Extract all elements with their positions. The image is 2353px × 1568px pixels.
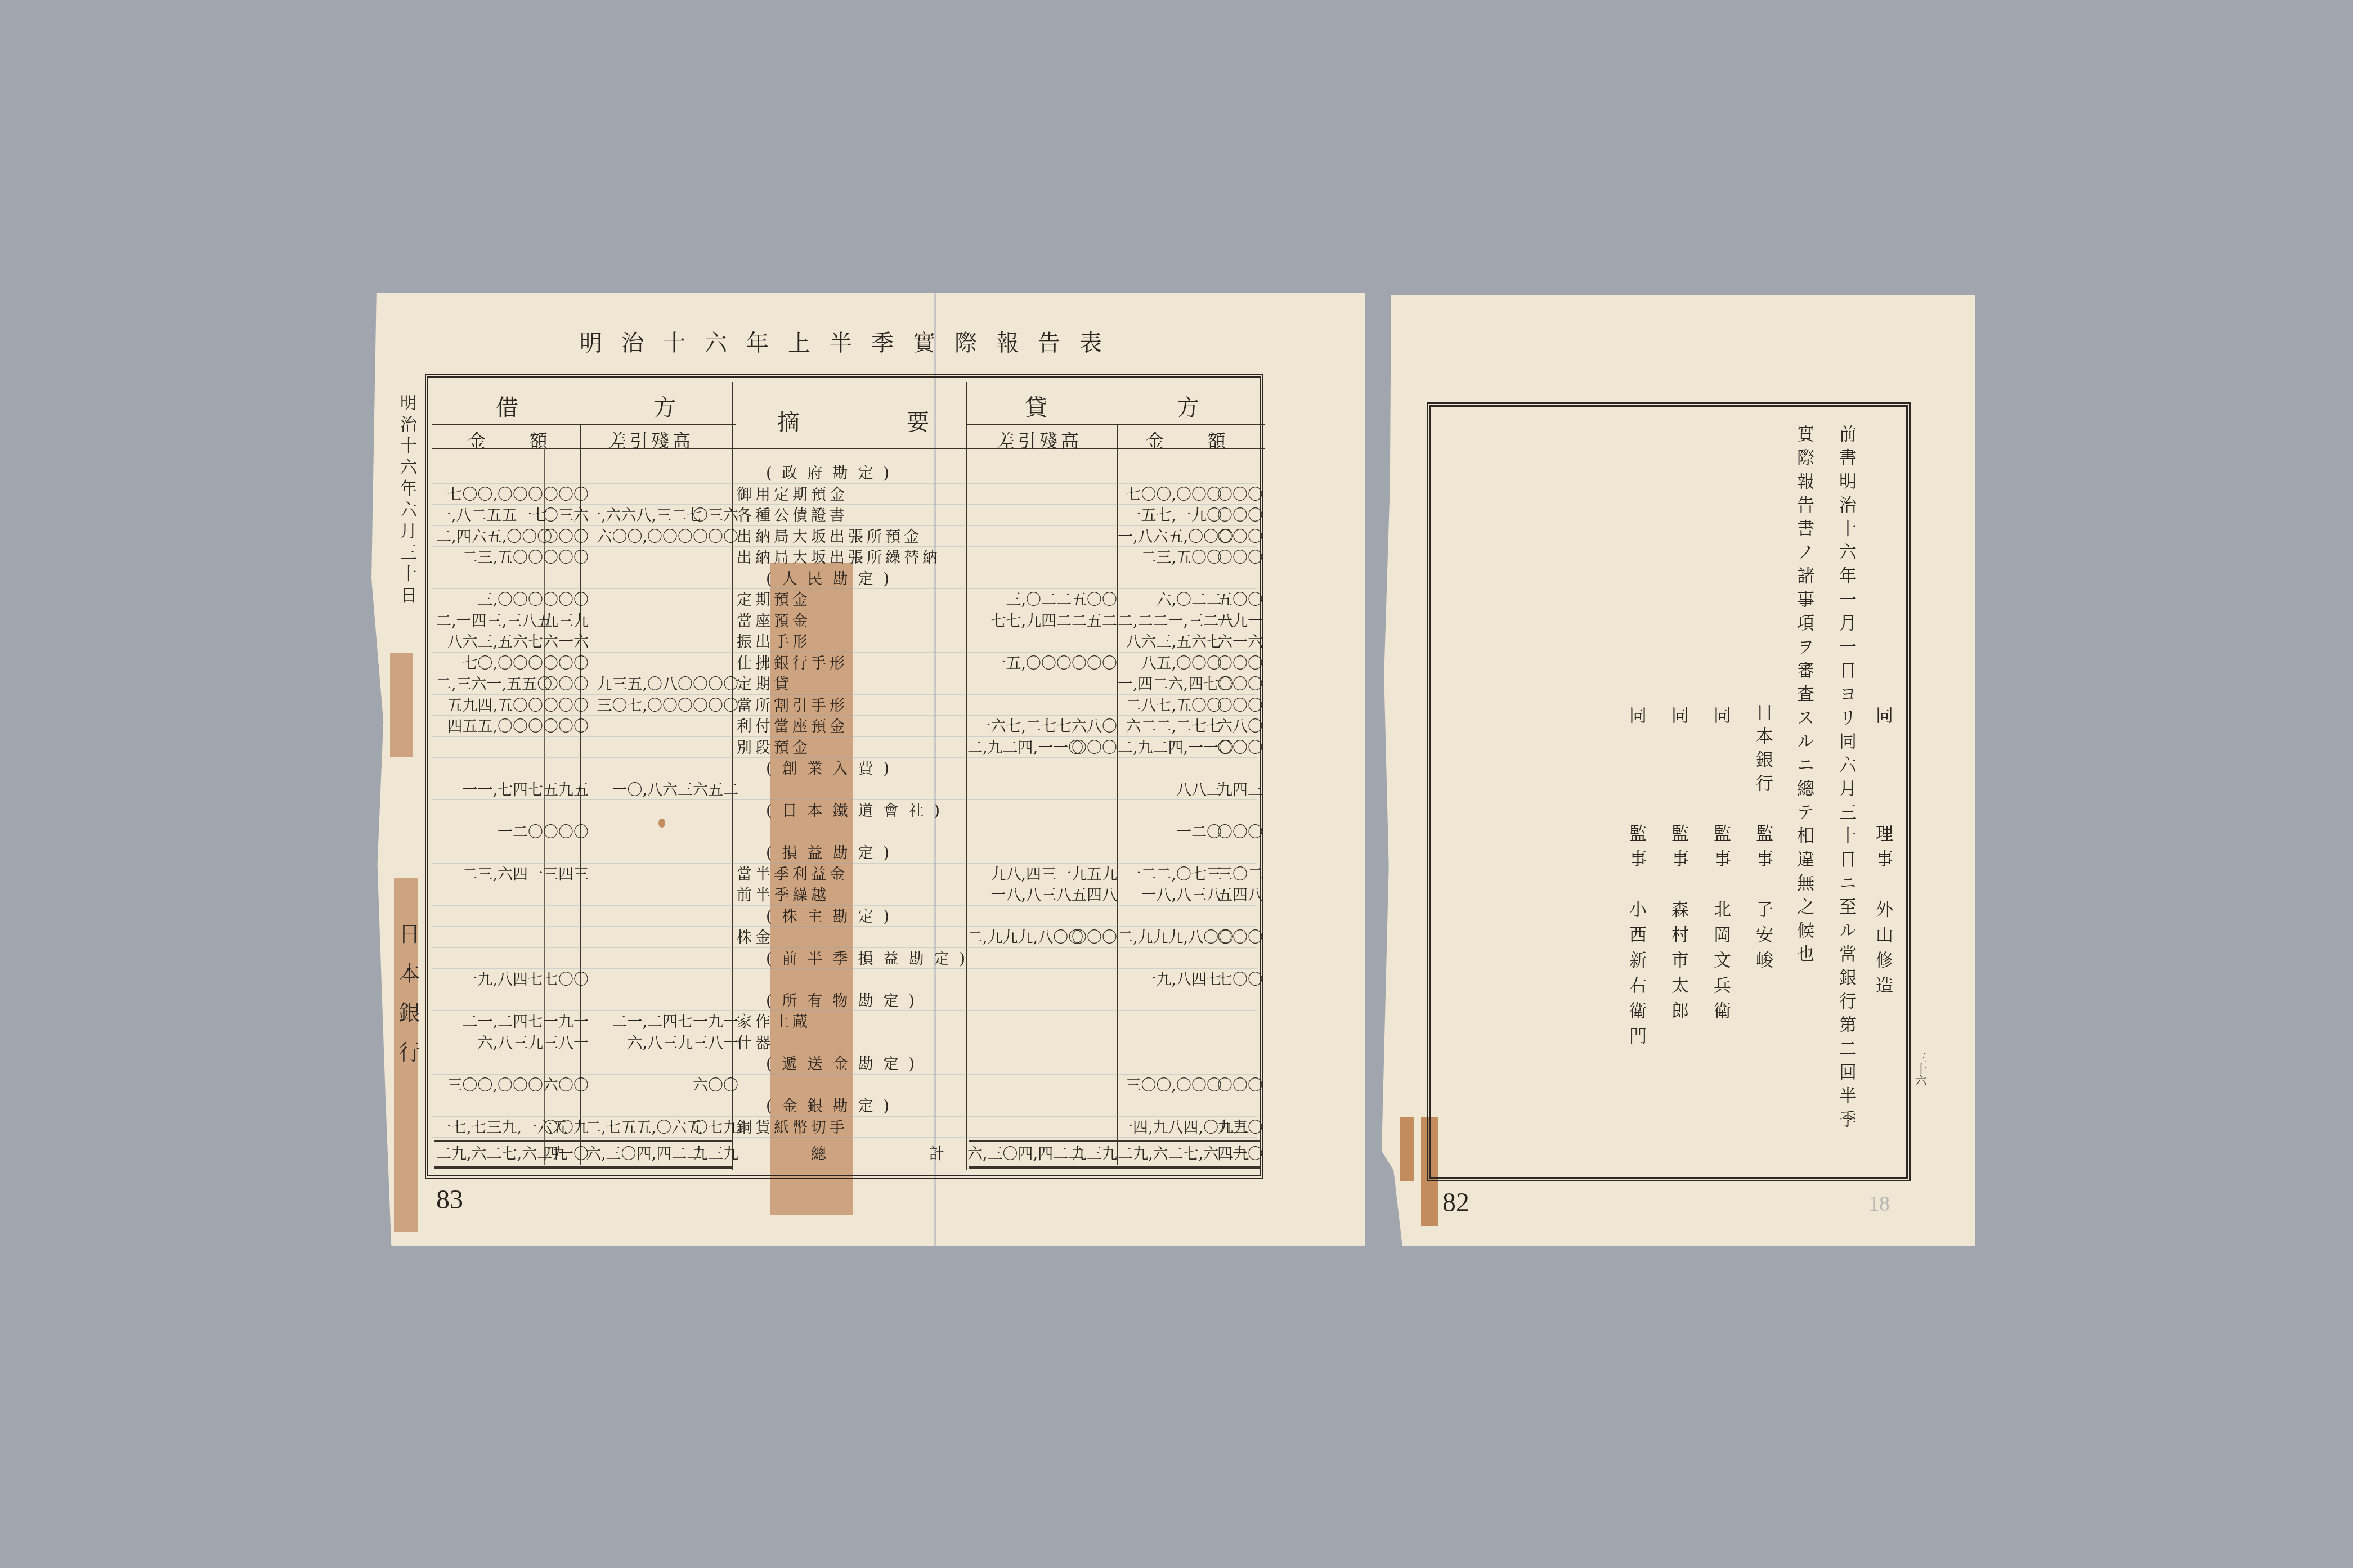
total-credit-amount: 二九,六二七,六二九 [1118,1144,1222,1165]
debit-balance-sen-cell [693,484,730,505]
signatory-role: 監事 [1709,824,1732,875]
credit-amount-sen-cell: 〇〇〇 [1217,695,1257,716]
credit-header-a: 貸 [1025,390,1047,422]
credit-amount-cell: 一,八六五,〇〇〇 [1118,527,1222,547]
credit-balance-sen-cell [1072,527,1114,547]
credit-balance-cell: 一八,八三八 [967,885,1072,906]
credit-amount-sen-cell: 五四八 [1217,885,1257,906]
debit-amount-sen-cell: 〇〇〇 [543,653,578,674]
credit-balance-cell: 九八,四三一 [967,864,1072,885]
credit-balance-header: 差引殘高 [997,427,1082,453]
debit-balance-sen-cell: 〇〇〇 [693,695,730,716]
account-item-label: 御用定期預金 [737,484,848,505]
debit-amount-header-b: 額 [530,427,551,453]
debit-amount-header-a: 金 [468,427,489,453]
credit-amount-cell [1118,1012,1222,1032]
debit-amount-cell: 三,〇〇〇 [436,590,543,610]
credit-amount-cell: 八八三 [1118,780,1222,801]
debit-amount-sen-cell: 七〇〇 [543,969,578,990]
credit-balance-sen-cell: 〇〇〇 [1072,653,1114,674]
debit-amount-cell: 三〇〇,〇〇〇 [436,1075,543,1096]
debit-amount-sen-cell: 〇〇〇 [543,716,578,737]
credit-amount-cell: 一二二,〇七三 [1118,864,1222,885]
debit-amount-sen-cell: 〇〇九 [543,1117,578,1138]
debit-balance-sen-cell [693,653,730,674]
account-section-label: (金銀勘定) [766,1096,899,1117]
account-item-label: 當半季利益金 [737,864,848,885]
signatory-role: 監事 [1625,824,1647,875]
account-item-label: 當座預金 [737,611,811,632]
credit-amount-sen-cell: 〇〇〇 [1217,738,1257,758]
margin-bank-name: 日本銀行 [392,923,423,1080]
credit-balance-cell [967,780,1072,801]
account-item-label: 家作土蔵 [737,1012,811,1032]
debit-balance-cell [586,927,693,948]
credit-amount-cell: 七〇〇,〇〇〇 [1118,484,1222,505]
debit-amount-sen-cell: 〇〇〇 [543,590,578,610]
credit-amount-cell: 八五,〇〇〇 [1118,653,1222,674]
credit-balance-cell [967,1033,1072,1054]
debit-balance-sen-cell: 六〇〇 [693,1075,730,1096]
debit-amount-sen-cell: 三八一 [543,1033,578,1054]
pencil-folio-mark: 18 [1868,1192,1890,1216]
debit-amount-sen-cell: 五九五 [543,780,578,801]
debit-amount-cell: 二三,五〇〇 [436,547,543,568]
debit-balance-sen-cell: 〇〇〇 [693,674,730,695]
debit-balance-cell: 二一,二四七 [586,1012,693,1032]
credit-balance-sen-cell [1072,969,1114,990]
credit-balance-cell [967,632,1072,653]
credit-balance-cell [967,505,1072,526]
credit-amount-cell: 一八,八三八 [1118,885,1222,906]
signatory-org: 同 [1709,706,1732,730]
debit-balance-sen-cell [693,738,730,758]
credit-amount-sen-cell: 六八〇 [1217,716,1257,737]
ledger-table: 借 方 摘 要 貸 方 金 額 差引殘高 差引殘高 金 額 (政府勘定)御用定期… [425,374,1263,1179]
debit-balance-cell [586,653,693,674]
debit-amount-cell: 二,三六一,五五〇 [436,674,543,695]
debit-amount-sen-cell: 九三九 [543,611,578,632]
credit-amount-header-a: 金 [1146,427,1167,453]
debit-amount-sen-cell: 〇〇〇 [543,547,578,568]
debit-amount-cell: 一一,七四七 [436,780,543,801]
folio-number: 三十六 [1912,1052,1929,1086]
debit-balance-cell: 九三五,〇八〇 [586,674,693,695]
account-item-label: 仕拂銀行手形 [737,653,848,674]
credit-balance-sen-cell [1072,822,1114,843]
credit-amount-sen-cell [1217,1033,1257,1054]
account-item-label: 株金 [737,927,774,948]
total-credit-amount-sen: 四一〇 [1217,1144,1257,1165]
credit-amount-sen-cell: 九四三 [1217,780,1257,801]
debit-amount-cell: 六,八三九 [436,1033,543,1054]
credit-amount-cell: 一五七,一九〇 [1118,505,1222,526]
credit-balance-sen-cell [1072,547,1114,568]
debit-amount-sen-cell: 六〇〇 [543,1075,578,1096]
certificate-line-1: 前書明治十六年一月一日ヨリ同六月三十日ニ至ル當銀行第二回半季 [1835,425,1857,1134]
credit-amount-sen-cell: 〇〇〇 [1217,484,1257,505]
debit-amount-cell: 二一,二四七 [436,1012,543,1032]
right-page-number: 82 [1442,1187,1469,1218]
account-section-label: (日本鐵道會社) [766,801,950,821]
debit-balance-sen-cell [693,822,730,843]
total-credit-balance-sen: 九三九 [1072,1144,1114,1165]
debit-balance-sen-cell [693,632,730,653]
credit-balance-sen-cell [1072,1012,1114,1032]
total-label: 總 [811,1144,830,1165]
account-item-label: 定期貸 [737,674,792,695]
account-item-label: 利付當座預金 [737,716,848,737]
account-section-label: (創業入費) [766,758,899,779]
account-item-label: 出納局大坂出張所繰替納 [737,547,941,568]
debit-amount-cell: 四五五,〇〇〇 [436,716,543,737]
credit-amount-sen-cell: 三〇二 [1217,864,1257,885]
account-item-label: 別段預金 [737,738,811,758]
debit-balance-cell: 一〇,八六三 [586,780,693,801]
credit-balance-cell: 二,九九九,八〇〇 [967,927,1072,948]
account-section-label: (前半季損益勘定) [766,949,975,969]
account-item-label: 出納局大坂出張所預金 [737,527,922,547]
credit-balance-sen-cell [1072,632,1114,653]
credit-balance-cell: 七七,九四二 [967,611,1072,632]
debit-amount-cell: 七〇〇,〇〇〇 [436,484,543,505]
debit-amount-sen-cell: 〇〇〇 [543,527,578,547]
debit-balance-cell [586,547,693,568]
debit-balance-sen-cell [693,547,730,568]
debit-balance-cell [586,611,693,632]
credit-amount-cell: 六,〇二二 [1118,590,1222,610]
credit-amount-sen-cell: 五〇〇 [1217,590,1257,610]
credit-balance-sen-cell [1072,695,1114,716]
debit-amount-sen-cell: 〇〇〇 [543,822,578,843]
credit-amount-sen-cell: 〇〇〇 [1217,674,1257,695]
credit-balance-cell [967,547,1072,568]
credit-balance-cell [967,822,1072,843]
credit-balance-cell [967,674,1072,695]
credit-amount-cell [1118,1033,1222,1054]
credit-balance-sen-cell [1072,505,1114,526]
credit-amount-cell: 一二〇 [1118,822,1222,843]
debit-balance-cell [586,484,693,505]
debit-balance-cell [586,1075,693,1096]
debit-amount-cell: 二三,六四一 [436,864,543,885]
account-section-label: (政府勘定) [766,463,899,484]
total-debit-amount: 二九,六二七,六二九 [436,1144,543,1165]
credit-balance-sen-cell: 〇〇〇 [1072,738,1114,758]
credit-balance-cell: 一五,〇〇〇 [967,653,1072,674]
account-item-label: 定期預金 [737,590,811,610]
debit-balance-cell [586,716,693,737]
debit-balance-sen-cell [693,864,730,885]
account-section-label: (人民勘定) [766,569,899,590]
account-section-label: (遞送金勘定) [766,1054,925,1075]
debit-balance-cell: 三〇七,〇〇〇 [586,695,693,716]
credit-balance-sen-cell [1072,1075,1114,1096]
debit-balance-sen-cell [693,927,730,948]
credit-amount-cell: 一四,九八四,〇九九 [1118,1117,1222,1138]
credit-balance-sen-cell: 六八〇 [1072,716,1114,737]
credit-amount-sen-cell: 〇〇〇 [1217,527,1257,547]
credit-balance-sen-cell: 五四八 [1072,885,1114,906]
margin-date: 明治十六年六月三十日 [394,394,419,608]
credit-balance-cell [967,1012,1072,1032]
signatory-name: 外山修造 [1871,900,1894,1001]
credit-amount-sen-cell: 九三〇 [1217,1117,1257,1138]
account-item-label: 各種公債證書 [737,505,848,526]
credit-amount-sen-cell: 〇〇〇 [1217,653,1257,674]
credit-balance-sen-cell: 〇〇〇 [1072,927,1114,948]
credit-amount-sen-cell: 六一六 [1217,632,1257,653]
debit-balance-cell [586,864,693,885]
tape-stain-margin-top [390,653,413,757]
left-page-number: 83 [436,1184,463,1215]
debit-balance-sen-cell: 〇〇〇 [693,527,730,547]
debit-balance-cell [586,738,693,758]
total-debit-amount-sen: 四一〇 [543,1144,578,1165]
signatory-name: 森村市太郎 [1667,900,1689,1027]
total-debit-balance: 六,三〇四,四二二 [586,1144,693,1165]
credit-amount-cell: 二八七,五〇〇 [1118,695,1222,716]
debit-balance-sen-cell [693,590,730,610]
debit-header-b: 方 [653,390,676,422]
credit-amount-sen-cell: 〇〇〇 [1217,822,1257,843]
signatory-role: 監事 [1667,824,1689,875]
debit-balance-sen-cell [693,611,730,632]
credit-amount-cell: 六二二,二七七 [1118,716,1222,737]
debit-balance-cell [586,822,693,843]
debit-amount-cell: 五九四,五〇〇 [436,695,543,716]
debit-amount-cell: 一七,七三九,一六五 [436,1117,543,1138]
credit-balance-cell: 二,九二四,一一〇 [967,738,1072,758]
credit-amount-sen-cell [1217,1012,1257,1032]
debit-balance-cell: 六〇〇,〇〇〇 [586,527,693,547]
debit-balance-header: 差引殘高 [608,427,694,453]
credit-balance-cell [967,695,1072,716]
credit-balance-sen-cell: 九五九 [1072,864,1114,885]
debit-amount-cell: 二,四六五,〇〇〇 [436,527,543,547]
credit-amount-sen-cell: 七〇〇 [1217,969,1257,990]
debit-balance-cell [586,590,693,610]
summary-header-b: 要 [907,405,929,437]
signatory-role: 監事 [1751,824,1774,875]
credit-balance-sen-cell [1072,484,1114,505]
debit-amount-cell [436,738,543,758]
credit-amount-sen-cell: 〇〇〇 [1217,547,1257,568]
debit-balance-cell [586,969,693,990]
total-credit-balance: 六,三〇四,四二二 [967,1144,1072,1165]
debit-amount-cell: 八六三,五六七 [436,632,543,653]
credit-amount-cell: 二,九九九,八〇〇 [1118,927,1222,948]
signatory-name: 北岡文兵衛 [1709,900,1732,1027]
credit-amount-header-b: 額 [1208,427,1229,453]
total-debit-balance-sen: 九三九 [693,1144,730,1165]
debit-amount-sen-cell: 六一六 [543,632,578,653]
debit-amount-sen-cell [543,885,578,906]
debit-amount-sen-cell: 一九一 [543,1012,578,1032]
credit-balance-cell [967,969,1072,990]
signatory-name: 子安峻 [1751,900,1774,976]
account-item-label: 什器 [737,1033,774,1054]
credit-balance-cell [967,1075,1072,1096]
credit-amount-cell: 二,九二四,一一〇 [1118,738,1222,758]
debit-amount-cell: 七〇,〇〇〇 [436,653,543,674]
debit-amount-cell: 一二〇 [436,822,543,843]
signatory-org: 同 [1871,706,1894,730]
account-section-label: (株主勘定) [766,906,899,927]
credit-balance-cell [967,527,1072,547]
debit-balance-sen-cell: 六五二 [693,780,730,801]
credit-balance-cell: 三,〇二二 [967,590,1072,610]
debit-balance-sen-cell: 〇三六 [693,505,730,526]
total-label: 計 [929,1144,948,1165]
debit-amount-sen-cell: 〇〇〇 [543,674,578,695]
credit-balance-sen-cell [1072,1033,1114,1054]
debit-balance-cell [586,632,693,653]
debit-amount-cell: 一,八二五五一七 [436,505,543,526]
page-title: 明治十六年上半季實際報告表 [580,325,1121,357]
debit-amount-sen-cell: 〇三六 [543,505,578,526]
signatory-org: 同 [1625,706,1647,730]
debit-balance-cell: 六,八三九 [586,1033,693,1054]
credit-amount-cell: 二,二二一,三二八 [1118,611,1222,632]
debit-amount-sen-cell [543,927,578,948]
credit-balance-sen-cell: 二五二 [1072,611,1114,632]
credit-balance-sen-cell [1072,780,1114,801]
certificate-line-2: 實際報告書ノ諸事項ヲ審査スルニ總テ相違無之候也 [1792,425,1815,968]
debit-amount-cell [436,927,543,948]
credit-header-b: 方 [1177,390,1199,422]
credit-amount-cell: 一,四二六,四七〇 [1118,674,1222,695]
credit-balance-sen-cell [1072,1117,1114,1138]
debit-amount-sen-cell: 〇〇〇 [543,484,578,505]
credit-amount-sen-cell: 〇〇〇 [1217,1075,1257,1096]
credit-balance-sen-cell: 五〇〇 [1072,590,1114,610]
account-item-label: 當所割引手形 [737,695,848,716]
signatory-org: 日本銀行 [1751,703,1774,798]
account-item-label: 振出手形 [737,632,811,653]
debit-balance-cell: 二,七五五,〇六五 [586,1117,693,1138]
debit-balance-cell [586,885,693,906]
debit-balance-sen-cell [693,969,730,990]
credit-amount-cell: 一九,八四七 [1118,969,1222,990]
debit-amount-sen-cell: 〇〇〇 [543,695,578,716]
account-item-label: 銅貨紙幣切手 [737,1117,848,1138]
credit-amount-sen-cell: 一九一 [1217,611,1257,632]
credit-amount-cell: 三〇〇,〇〇〇 [1118,1075,1222,1096]
debit-amount-sen-cell [543,738,578,758]
debit-balance-sen-cell [693,716,730,737]
debit-amount-cell: 一九,八四七 [436,969,543,990]
debit-amount-sen-cell: 三四三 [543,864,578,885]
credit-amount-sen-cell: 〇〇〇 [1217,927,1257,948]
signatory-name: 小西新右衛門 [1625,900,1647,1052]
credit-balance-sen-cell [1072,674,1114,695]
signatory-org: 同 [1667,706,1689,730]
debit-header-a: 借 [496,390,518,422]
credit-amount-cell: 八六三,五六七 [1118,632,1222,653]
account-section-label: (所有物勘定) [766,991,925,1012]
debit-balance-sen-cell: 〇七九 [693,1117,730,1138]
account-section-label: (損益勘定) [766,843,899,864]
credit-balance-cell: 一六七,二七七 [967,716,1072,737]
signatory-role: 理事 [1871,824,1894,875]
credit-amount-sen-cell: 〇〇〇 [1217,505,1257,526]
summary-header-a: 摘 [777,405,800,437]
tape-stain-overlay-1 [1400,1117,1414,1181]
debit-balance-cell: 一,六六八,三二七 [586,505,693,526]
debit-amount-cell [436,885,543,906]
debit-balance-sen-cell [693,885,730,906]
debit-amount-cell: 二,一四三,三八五 [436,611,543,632]
debit-balance-sen-cell: 三八一 [693,1033,730,1054]
account-item-label: 前半季繰越 [737,885,830,906]
credit-balance-cell [967,1117,1072,1138]
credit-balance-cell [967,484,1072,505]
debit-balance-sen-cell: 一九一 [693,1012,730,1032]
credit-amount-cell: 二三,五〇〇 [1118,547,1222,568]
